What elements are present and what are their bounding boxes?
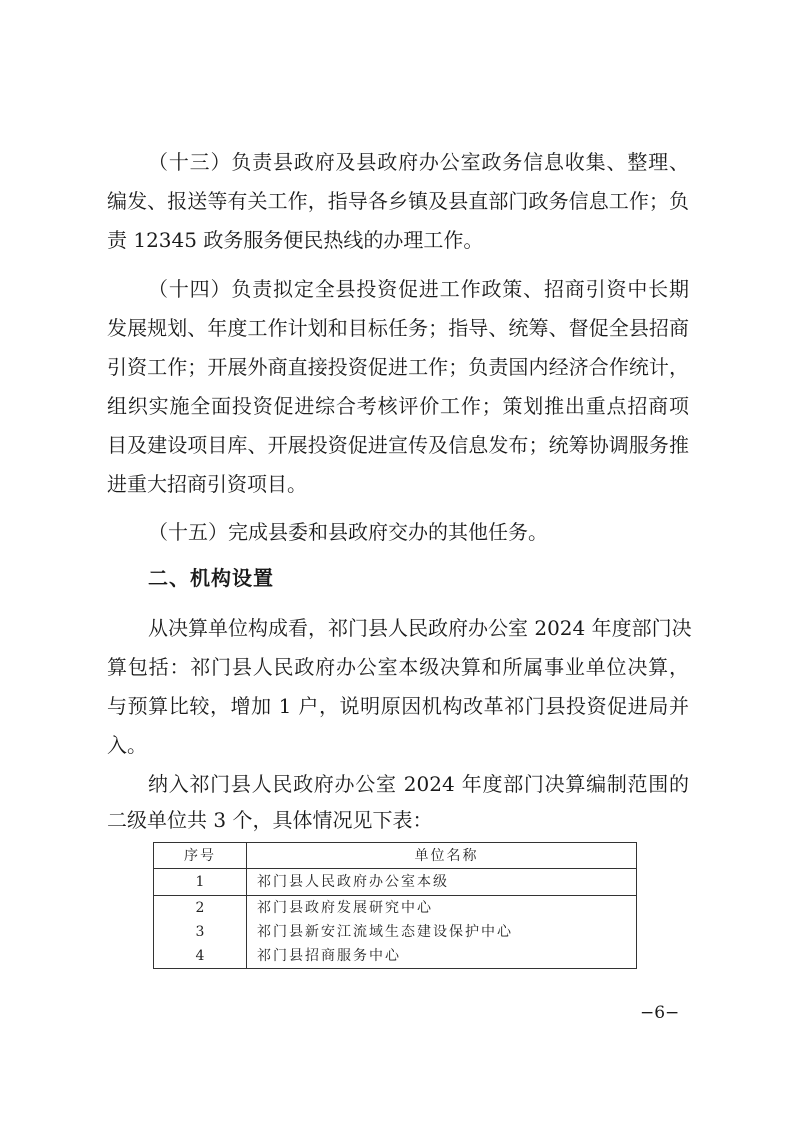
section2-para1-line-4: 入。 [107, 733, 689, 757]
row-unit-name: 祁门县招商服务中心 [247, 944, 637, 969]
row-serial-number: 1 [154, 869, 247, 896]
item14-line-1: （十四）负责拟定全县投资促进工作政策、招商引资中长期 [148, 277, 689, 301]
item13-line-1: （十三）负责县政府及县政府办公室政务信息收集、整理、 [148, 150, 689, 174]
table-row: 2 祁门县政府发展研究中心 [154, 896, 637, 921]
section2-para2-line-1: 纳入祁门县人民政府办公室 2024 年度部门决算编制范围的 [148, 772, 689, 796]
row-serial-number: 3 [154, 920, 247, 944]
row-unit-name: 祁门县政府发展研究中心 [247, 896, 637, 921]
section2-para1-line-3: 与预算比较，增加 1 户，说明原因机构改革祁门县投资促进局并 [107, 694, 689, 718]
item14-line-3: 引资工作；开展外商直接投资促进工作；负责国内经济合作统计， [107, 355, 689, 379]
item14-line-6: 进重大招商引资项目。 [107, 472, 689, 496]
section2-para2-line-2: 二级单位共 3 个，具体情况见下表： [107, 808, 689, 832]
section2-para1-line-2: 算包括：祁门县人民政府办公室本级决算和所属事业单位决算， [107, 655, 689, 679]
units-table: 序号 单位名称 1 祁门县人民政府办公室本级 2 祁门县政府发展研究中心 3 祁… [153, 842, 637, 969]
row-unit-name: 祁门县人民政府办公室本级 [247, 869, 637, 896]
item14-line-2: 发展规划、年度工作计划和目标任务；指导、统筹、督促全县招商 [107, 316, 689, 340]
section-heading: 二、机构设置 [148, 566, 274, 590]
item14-line-5: 目及建设项目库、开展投资促进宣传及信息发布；统筹协调服务推 [107, 433, 689, 457]
row-unit-name: 祁门县新安江流域生态建设保护中心 [247, 920, 637, 944]
row-serial-number: 2 [154, 896, 247, 921]
table-row: 1 祁门县人民政府办公室本级 [154, 869, 637, 896]
item13-line-2: 编发、报送等有关工作，指导各乡镇及县直部门政务信息工作；负 [107, 189, 689, 213]
table-header-row: 序号 单位名称 [154, 843, 637, 869]
item14-line-4: 组织实施全面投资促进综合考核评价工作；策划推出重点招商项 [107, 394, 689, 418]
item13-line-3: 责 12345 政务服务便民热线的办理工作。 [107, 228, 689, 252]
table-row: 4 祁门县招商服务中心 [154, 944, 637, 969]
header-unit-name: 单位名称 [247, 843, 637, 869]
page-number: −6− [640, 1003, 679, 1023]
section2-para1-line-1: 从决算单位构成看，祁门县人民政府办公室 2024 年度部门决 [148, 616, 689, 640]
header-serial-number: 序号 [154, 843, 247, 869]
document-page: （十三）负责县政府及县政府办公室政务信息收集、整理、 编发、报送等有关工作，指导… [0, 0, 793, 1122]
row-serial-number: 4 [154, 944, 247, 969]
table-row: 3 祁门县新安江流域生态建设保护中心 [154, 920, 637, 944]
item15-line-1: （十五）完成县委和县政府交办的其他任务。 [148, 520, 689, 544]
